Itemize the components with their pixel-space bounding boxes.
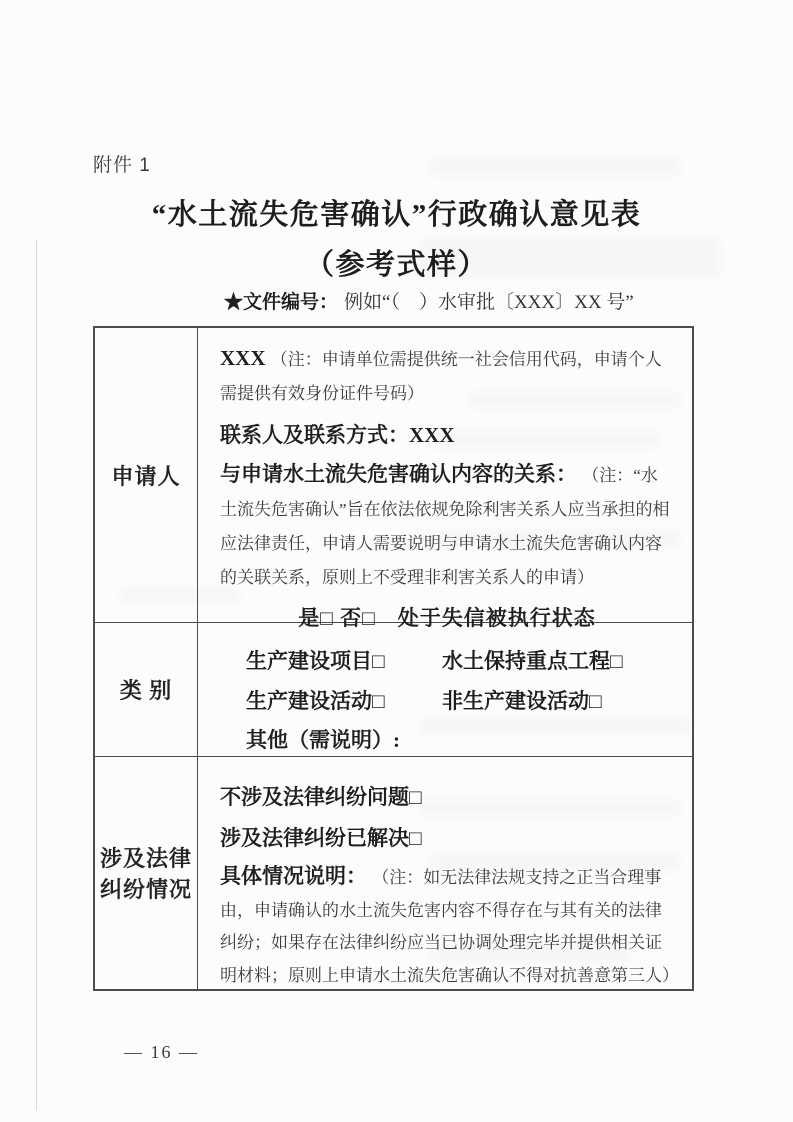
applicant-id-note: （注：申请单位需提供统一社会信用代码，申请个人需提供有效身份证件号码） xyxy=(220,350,662,403)
document-title: “水土流失危害确认”行政确认意见表 xyxy=(0,192,793,233)
bleed-through-artifact xyxy=(430,158,680,176)
applicant-id-line: XXX （注：申请单位需提供统一社会信用代码，申请个人需提供有效身份证件号码） xyxy=(220,342,674,410)
category-option-checkbox: 生产建设活动□ xyxy=(246,681,442,721)
applicant-contact-line: 联系人及联系方式：XXX xyxy=(220,420,674,450)
attachment-label: 附件 1 xyxy=(93,150,151,177)
doc-number-line: ★文件编号：例如“（ ）水审批〔XXX〕XX 号” xyxy=(224,287,634,314)
category-option-checkbox: 非生产建设活动□ xyxy=(442,681,674,721)
legal-detail-line: 具体情况说明： （注：如无法律法规支持之正当合理事由，申请确认的水土流失危害内容… xyxy=(220,861,674,991)
scan-binding-line xyxy=(36,240,37,1110)
row-label-text: 申请人 xyxy=(111,460,180,491)
row-label-applicant: 申请人 xyxy=(95,328,198,622)
scanned-document-page: 附件 1 “水土流失危害确认”行政确认意见表 （参考式样） ★文件编号：例如“（… xyxy=(0,0,793,1122)
applicant-relation-lead: 与申请水土流失危害确认内容的关系： xyxy=(220,462,577,486)
table-row-category: 类 别 生产建设项目□ 水土保持重点工程□ 生产建设活动□ 非生产建设活动□ 其… xyxy=(95,622,692,756)
legal-content-cell: 不涉及法律纠纷问题□ 涉及法律纠纷已解决□ 具体情况说明： （注：如无法律法规支… xyxy=(198,757,692,989)
category-content-cell: 生产建设项目□ 水土保持重点工程□ 生产建设活动□ 非生产建设活动□ 其他（需说… xyxy=(198,623,692,756)
applicant-relation-line: 与申请水土流失危害确认内容的关系： （注：“水土流失危害确认”旨在依法依规免除利… xyxy=(220,458,674,594)
table-row-legal-dispute: 涉及法律 纠纷情况 不涉及法律纠纷问题□ 涉及法律纠纷已解决□ 具体情况说明： … xyxy=(95,756,692,989)
doc-number-value: 例如“（ ）水审批〔XXX〕XX 号” xyxy=(344,292,634,313)
row-label-category: 类 别 xyxy=(95,623,198,756)
row-label-text-line1: 涉及法律 xyxy=(100,842,192,873)
row-label-text: 类 别 xyxy=(120,674,173,705)
row-label-text-line2: 纠纷情况 xyxy=(100,873,192,904)
legal-option-resolved-checkbox: 涉及法律纠纷已解决□ xyxy=(220,818,674,859)
applicant-id-value: XXX xyxy=(220,346,266,370)
category-options-grid: 生产建设项目□ 水土保持重点工程□ 生产建设活动□ 非生产建设活动□ xyxy=(220,641,674,721)
table-row-applicant: 申请人 XXX （注：申请单位需提供统一社会信用代码，申请个人需提供有效身份证件… xyxy=(95,328,692,622)
legal-detail-lead: 具体情况说明： xyxy=(220,864,367,888)
applicant-content-cell: XXX （注：申请单位需提供统一社会信用代码，申请个人需提供有效身份证件号码） … xyxy=(198,328,692,622)
page-number: — 16 — xyxy=(124,1042,199,1063)
row-label-legal-dispute: 涉及法律 纠纷情况 xyxy=(95,757,198,989)
category-option-checkbox: 生产建设项目□ xyxy=(246,641,442,681)
category-other-option: 其他（需说明）: xyxy=(220,721,674,759)
doc-number-label: ★文件编号： xyxy=(224,292,338,313)
legal-option-none-checkbox: 不涉及法律纠纷问题□ xyxy=(220,777,674,818)
confirmation-form-table: 申请人 XXX （注：申请单位需提供统一社会信用代码，申请个人需提供有效身份证件… xyxy=(93,326,694,991)
category-option-checkbox: 水土保持重点工程□ xyxy=(442,641,674,681)
document-subtitle: （参考式样） xyxy=(0,242,793,283)
